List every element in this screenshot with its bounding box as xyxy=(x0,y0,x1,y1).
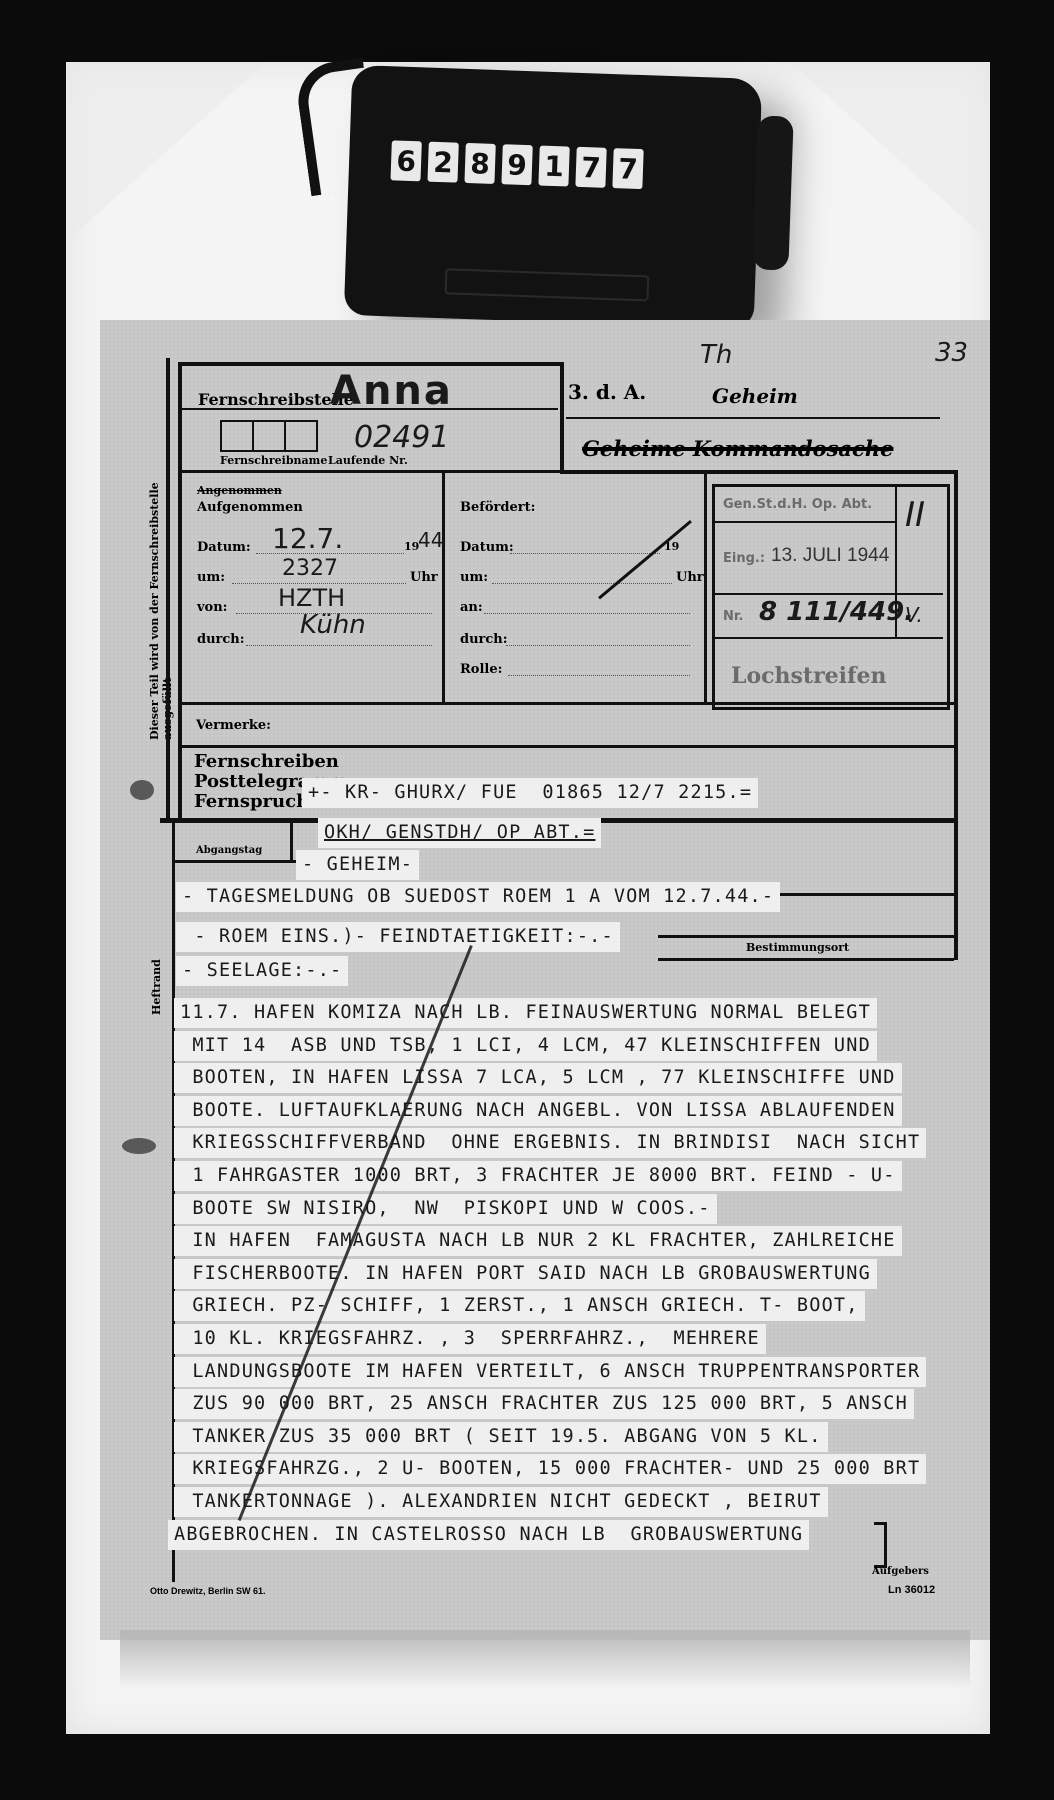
stamp-received-label: Eing.: xyxy=(723,551,765,566)
forwarded-to-label: an: xyxy=(460,600,483,615)
frame-line xyxy=(178,362,560,366)
message-body-text: TANKERTONNAGE ). ALEXANDRIEN NICHT GEDEC… xyxy=(180,1491,822,1512)
counter-digit: 6 xyxy=(390,140,421,181)
message-body-line: 11.7. HAFEN KOMIZA NACH LB. FEINAUSWERTU… xyxy=(174,998,877,1028)
dispatch-day-label: Abgangstag xyxy=(196,845,262,856)
frame-counter-device: 6 2 8 9 1 7 7 xyxy=(344,65,762,329)
punch-hole-icon xyxy=(130,780,154,800)
frame-line xyxy=(560,470,958,474)
dotted-line xyxy=(508,675,690,676)
margin-label: Heftrand xyxy=(150,955,170,1015)
counter-digit: 8 xyxy=(464,143,495,184)
stamp-received-date: 13. JULI 1944 xyxy=(771,545,889,567)
classification-top: 3. d. A. xyxy=(568,380,646,404)
side-instruction-text: Dieser Teil wird von der Fernschreibstel… xyxy=(148,440,168,740)
message-address-strip: OKH/ GENSTDH/ OP ABT.= xyxy=(318,818,601,848)
message-body-text: BOOTEN, IN HAFEN LISSA 7 LCA, 5 LCM , 77… xyxy=(180,1067,896,1088)
message-body-line: 10 KL. KRIEGSFAHRZ. , 3 SPERRFAHRZ., MEH… xyxy=(174,1324,766,1354)
teletype-name-label: Fernschreibname xyxy=(220,454,327,467)
frame-line xyxy=(178,470,562,473)
frame-line xyxy=(178,362,182,822)
time-unit: Uhr xyxy=(410,570,438,585)
message-subject-strip: - TAGESMELDUNG OB SUEDOST ROEM 1 A VOM 1… xyxy=(176,882,780,912)
frame-line xyxy=(290,822,293,862)
message-body-text: 1 FAHRGASTER 1000 BRT, 3 FRACHTER JE 800… xyxy=(180,1165,896,1186)
message-body-text: KRIEGSFAHRZG., 2 U- BOOTEN, 15 000 FRACH… xyxy=(180,1458,920,1479)
serial-label: Laufende Nr. xyxy=(328,454,408,467)
received-time-label: um: xyxy=(197,570,225,585)
counter-digit: 7 xyxy=(612,148,643,189)
forwarded-by-label: durch: xyxy=(460,632,508,647)
dotted-line xyxy=(246,645,432,646)
message-body-line: BOOTE. LUFTAUFKLAERUNG NACH ANGEBL. VON … xyxy=(174,1096,902,1126)
message-header-strip: +- KR- GHURX/ FUE 01865 12/7 2215.= xyxy=(302,778,758,808)
frame-line xyxy=(566,417,940,419)
received-by-signature: Kühn xyxy=(300,610,366,640)
counter-digit: 7 xyxy=(575,147,606,188)
message-body-line: 1 FAHRGASTER 1000 BRT, 3 FRACHTER JE 800… xyxy=(174,1161,902,1191)
handwritten-initials: Th xyxy=(700,340,732,370)
stamp-line xyxy=(895,487,897,637)
stamp-roman-section: II xyxy=(905,495,925,535)
message-body-line: KRIEGSFAHRZG., 2 U- BOOTEN, 15 000 FRACH… xyxy=(174,1454,926,1484)
forwarded-time-label: um: xyxy=(460,570,488,585)
forwarded-role-label: Rolle: xyxy=(460,662,502,677)
dotted-line xyxy=(484,613,690,614)
message-body-line: FISCHERBOOTE. IN HAFEN PORT SAID NACH LB… xyxy=(174,1259,877,1289)
message-body-text: KRIEGSSCHIFFVERBAND OHNE ERGEBNIS. IN BR… xyxy=(180,1132,920,1153)
message-body-text: BOOTE. LUFTAUFKLAERUNG NACH ANGEBL. VON … xyxy=(180,1100,896,1121)
forwarded-label: Befördert: xyxy=(460,500,535,515)
message-body-line: GRIECH. PZ- SCHIFF, 1 ZERST., 1 ANSCH GR… xyxy=(174,1291,865,1321)
message-body-line: TANKERTONNAGE ). ALEXANDRIEN NICHT GEDEC… xyxy=(174,1487,828,1517)
stamp-line xyxy=(715,593,943,595)
message-body-text: 10 KL. KRIEGSFAHRZ. , 3 SPERRFAHRZ., MEH… xyxy=(180,1328,760,1349)
message-sea-situation: - SEELAGE:-.- xyxy=(182,960,342,981)
counter-digit: 9 xyxy=(501,144,532,185)
message-header: +- KR- GHURX/ FUE 01865 12/7 2215.= xyxy=(308,782,752,803)
counter-digit: 1 xyxy=(538,146,569,187)
message-body-text: 11.7. HAFEN KOMIZA NACH LB. FEINAUSWERTU… xyxy=(180,1002,871,1023)
message-body-line: LANDUNGSBOOTE IM HAFEN VERTEILT, 6 ANSCH… xyxy=(174,1357,926,1387)
stamp-line xyxy=(715,521,895,523)
stamp-line xyxy=(715,637,943,639)
message-sea-strip: - SEELAGE:-.- xyxy=(176,956,348,986)
form-bottom-edge xyxy=(120,1630,970,1690)
bracket-mark xyxy=(874,1522,887,1568)
corner-fold xyxy=(66,62,266,242)
received-time-value: 2327 xyxy=(282,556,338,581)
printer-imprint: Otto Drewitz, Berlin SW 61. xyxy=(150,1586,266,1596)
received-label: Aufgenommen xyxy=(197,500,303,515)
message-activity: - ROEM EINS.)- FEINDTAETIGKEIT:-.- xyxy=(182,926,614,947)
message-body-line: BOOTE SW NISIRO, NW PISKOPI UND W COOS.- xyxy=(174,1194,717,1224)
received-date-label: Datum: xyxy=(197,540,251,555)
counter-slot xyxy=(445,268,650,301)
stamp-number-label: Nr. xyxy=(723,609,743,624)
message-secret-strip: - GEHEIM- xyxy=(296,850,419,880)
corner-fold xyxy=(790,62,990,242)
received-struck-label: Angenommen xyxy=(197,484,282,497)
message-body-text: MIT 14 ASB UND TSB, 1 LCI, 4 LCM, 47 KLE… xyxy=(180,1035,871,1056)
form-number: Ln 36012 xyxy=(888,1584,935,1596)
message-body-line: KRIEGSSCHIFFVERBAND OHNE ERGEBNIS. IN BR… xyxy=(174,1128,926,1158)
frame-line xyxy=(560,362,564,472)
counter-digit: 2 xyxy=(427,142,458,183)
teletype-name-boxes xyxy=(220,420,318,452)
dotted-line xyxy=(492,583,672,584)
destination-label: Bestimmungsort xyxy=(746,941,849,954)
remarks-label: Vermerke: xyxy=(196,718,271,733)
time-unit: Uhr xyxy=(676,570,704,585)
message-body-text: GRIECH. PZ- SCHIFF, 1 ZERST., 1 ANSCH GR… xyxy=(180,1295,859,1316)
classification-struck: Geheime Kommandosache xyxy=(582,436,893,461)
received-from-label: von: xyxy=(197,600,227,615)
counter-knob-icon xyxy=(752,115,793,270)
message-body-line: MIT 14 ASB UND TSB, 1 LCI, 4 LCM, 47 KLE… xyxy=(174,1031,877,1061)
message-body-text: ABGEBROCHEN. IN CASTELROSSO NACH LB GROB… xyxy=(174,1524,803,1545)
frame-line xyxy=(954,470,958,960)
frame-line xyxy=(442,472,445,702)
forwarded-date-label: Datum: xyxy=(460,540,514,555)
type-label-telex: Fernschreiben xyxy=(194,752,339,772)
serial-value: 02491 xyxy=(354,420,449,455)
counter-readout: 6 2 8 9 1 7 7 xyxy=(390,140,643,189)
received-year-value: 44 xyxy=(418,528,443,552)
message-body-line: IN HAFEN FAMAGUSTA NACH LB NUR 2 KL FRAC… xyxy=(174,1226,902,1256)
receipt-stamp: Gen.St.d.H. Op. Abt. Eing.: 13. JULI 194… xyxy=(712,484,950,710)
classification-geheim: Geheim xyxy=(712,384,798,408)
stamp-header: Gen.St.d.H. Op. Abt. xyxy=(723,497,872,512)
punch-hole-icon xyxy=(122,1138,156,1154)
message-body-line: ABGEBROCHEN. IN CASTELROSSO NACH LB GROB… xyxy=(168,1520,809,1550)
received-from-value: HZTH xyxy=(278,584,345,612)
stamp-number-value: 8 111/449. xyxy=(759,597,914,627)
message-body-text: FISCHERBOOTE. IN HAFEN PORT SAID NACH LB… xyxy=(180,1263,871,1284)
message-body-text: BOOTE SW NISIRO, NW PISKOPI UND W COOS.- xyxy=(180,1198,711,1219)
frame-line xyxy=(178,745,956,748)
dotted-line xyxy=(510,553,660,554)
folio-number: 33 xyxy=(935,338,968,368)
message-subject: - TAGESMELDUNG OB SUEDOST ROEM 1 A VOM 1… xyxy=(182,886,774,907)
message-address: OKH/ GENSTDH/ OP ABT.= xyxy=(324,822,595,843)
sender-label: Aufgebers xyxy=(872,1566,929,1577)
message-body-text: IN HAFEN FAMAGUSTA NACH LB NUR 2 KL FRAC… xyxy=(180,1230,896,1251)
punch-tape-stamp: Lochstreifen xyxy=(731,663,886,689)
stamp-suffix: V. xyxy=(905,603,923,627)
type-label-telephone: Fernspruch xyxy=(194,792,309,812)
frame-line xyxy=(658,935,954,938)
dotted-line xyxy=(506,645,690,646)
frame-line xyxy=(166,358,170,820)
station-value: Anna xyxy=(330,368,453,414)
received-date-value: 12.7. xyxy=(272,522,343,555)
frame-line xyxy=(658,958,954,961)
received-by-label: durch: xyxy=(197,632,245,647)
message-activity-strip: - ROEM EINS.)- FEINDTAETIGKEIT:-.- xyxy=(176,922,620,952)
message-classification: - GEHEIM- xyxy=(302,854,413,875)
message-body-line: BOOTEN, IN HAFEN LISSA 7 LCA, 5 LCM , 77… xyxy=(174,1063,902,1093)
message-body-text: LANDUNGSBOOTE IM HAFEN VERTEILT, 6 ANSCH… xyxy=(180,1361,920,1382)
frame-line xyxy=(704,472,707,702)
